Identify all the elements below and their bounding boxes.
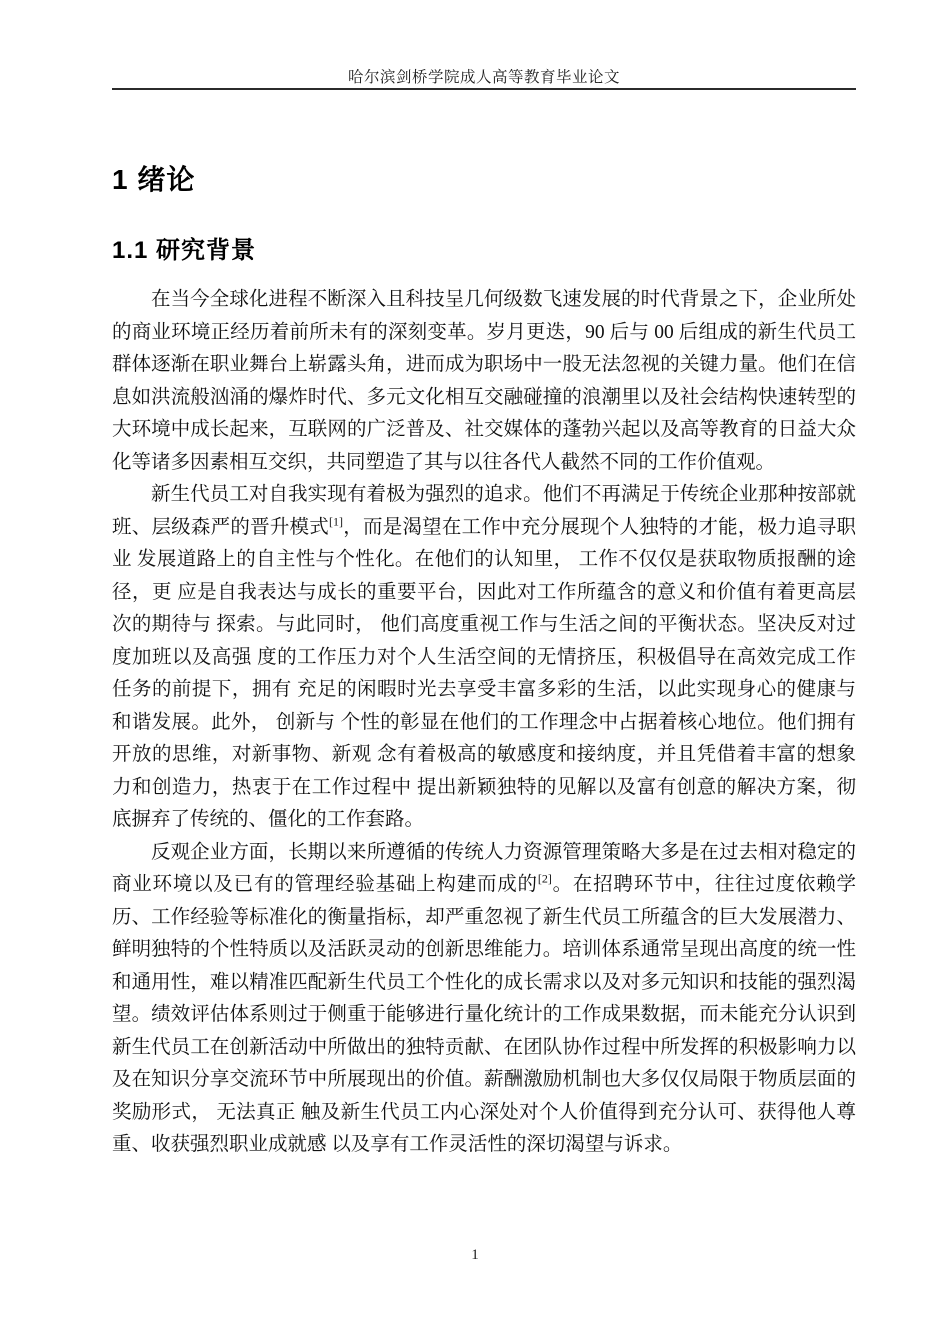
paragraph-3: 反观企业方面，长期以来所遵循的传统人力资源管理策略大多是在过去相对稳定的商业环境… xyxy=(112,837,856,1162)
paragraph-1: 在当今全球化进程不断深入且科技呈几何级数飞速发展的时代背景之下，企业所处的商业环… xyxy=(112,284,856,479)
paragraph-1-text: 在当今全球化进程不断深入且科技呈几何级数飞速发展的时代背景之下，企业所处的商业环… xyxy=(112,289,856,473)
citation-ref-2: [2] xyxy=(538,872,552,886)
paragraph-2: 新生代员工对自我实现有着极为强烈的追求。他们不再满足于传统企业那种按部就班、层级… xyxy=(112,479,856,837)
section-title: 1.1 研究背景 xyxy=(112,236,856,266)
running-header-title: 哈尔滨剑桥学院成人高等教育毕业论文 xyxy=(112,68,856,87)
page-footer: 1 xyxy=(0,1246,950,1264)
citation-ref-1: [1] xyxy=(329,514,343,528)
paragraph-2-text-post: ，而是渴望在工作中充分展现个人独特的才能，极力追寻职业 发展道路上的自主性与个性… xyxy=(112,517,856,831)
body-text: 在当今全球化进程不断深入且科技呈几何级数飞速发展的时代背景之下，企业所处的商业环… xyxy=(112,284,856,1162)
paragraph-3-text-post: 。在招聘环节中，往往过度依赖学历、工作经验等标准化的衡量指标，却严重忽视了新生代… xyxy=(112,874,856,1155)
document-page: 哈尔滨剑桥学院成人高等教育毕业论文 1 绪论 1.1 研究背景 在当今全球化进程… xyxy=(0,0,950,1344)
page-number: 1 xyxy=(471,1247,479,1263)
header-rule xyxy=(112,88,856,90)
page-header: 哈尔滨剑桥学院成人高等教育毕业论文 xyxy=(112,68,856,90)
chapter-title: 1 绪论 xyxy=(112,162,856,198)
